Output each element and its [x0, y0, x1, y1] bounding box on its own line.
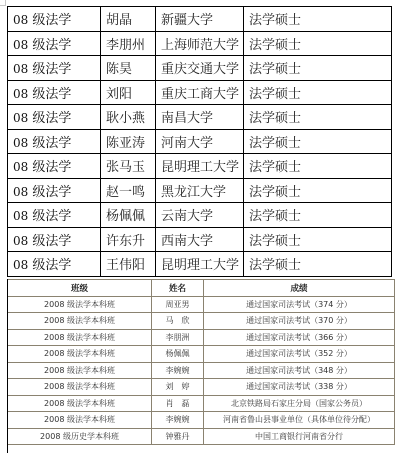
class-major: 级法学: [32, 87, 71, 102]
student-name-cell: 陈昊: [101, 56, 156, 81]
class-cell: 08 级法学: [8, 80, 101, 105]
school-cell: 南昌大学: [156, 105, 244, 130]
table-row: 2008 级法学本科班李朋洲通过国家司法考试（366 分）: [8, 329, 395, 346]
class-year: 08: [13, 209, 28, 223]
result-cell: 通过国家司法考试（374 分）: [204, 296, 395, 313]
class-major: 级法学: [32, 136, 71, 151]
degree-cell: 法学硕士: [244, 31, 392, 56]
table-row: 2008 级法学本科班李婉婉通过国家司法考试（348 分）: [8, 362, 395, 379]
student-name-cell: 刘 婷: [152, 379, 204, 396]
class-cell: 2008 级法学本科班: [8, 296, 152, 313]
student-name-cell: 李朋州: [101, 31, 156, 56]
table-row: 08 级法学胡晶新疆大学法学硕士: [8, 7, 392, 32]
table-row: 08 级法学陈亚涛河南大学法学硕士: [8, 129, 392, 154]
result-cell: 通过国家司法考试（352 分）: [204, 346, 395, 363]
exam-results-table: 班级 姓名 成绩 2008 级法学本科班周亚男通过国家司法考试（374 分）20…: [7, 279, 395, 445]
student-name-cell: 李婉婉: [152, 362, 204, 379]
table-row: 2008 级历史学本科班钟雅丹中国工商银行河南省分行: [8, 428, 395, 445]
table-row: 2008 级法学本科班李婉婉河南省鲁山县事业单位（具体单位待分配）: [8, 412, 395, 429]
student-name-cell: 王伟阳: [101, 252, 156, 277]
class-cell: 2008 级法学本科班: [8, 412, 152, 429]
table-row: 08 级法学杨佩佩云南大学法学硕士: [8, 203, 392, 228]
student-name-cell: 钟雅丹: [152, 428, 204, 445]
class-major: 级法学: [32, 258, 71, 273]
class-major: 级法学: [32, 209, 71, 224]
table-row: 2008 级法学本科班肖 磊北京铁路局石家庄分局（国家公务员）: [8, 395, 395, 412]
class-year: 08: [13, 111, 28, 125]
corner-crop-mark: [0, 0, 6, 6]
class-year: 08: [13, 13, 28, 27]
degree-cell: 法学硕士: [244, 129, 392, 154]
class-year: 08: [13, 62, 28, 76]
class-year: 08: [13, 160, 28, 174]
class-cell: 2008 级历史学本科班: [8, 428, 152, 445]
school-cell: 河南大学: [156, 129, 244, 154]
result-cell: 北京铁路局石家庄分局（国家公务员）: [204, 395, 395, 412]
student-name-cell: 肖 磊: [152, 395, 204, 412]
student-name-cell: 杨佩佩: [101, 203, 156, 228]
school-cell: 重庆交通大学: [156, 56, 244, 81]
class-major: 级法学: [32, 62, 71, 77]
header-result: 成绩: [204, 280, 395, 297]
class-cell: 08 级法学: [8, 105, 101, 130]
class-cell: 2008 级法学本科班: [8, 329, 152, 346]
degree-cell: 法学硕士: [244, 227, 392, 252]
student-name-cell: 李婉婉: [152, 412, 204, 429]
student-name-cell: 李朋洲: [152, 329, 204, 346]
table-row: 2008 级法学本科班马 欣通过国家司法考试（370 分）: [8, 313, 395, 330]
result-cell: 中国工商银行河南省分行: [204, 428, 395, 445]
student-name-cell: 胡晶: [101, 7, 156, 32]
student-name-cell: 张马玉: [101, 154, 156, 179]
table-row: 08 级法学王伟阳昆明理工大学法学硕士: [8, 252, 392, 277]
table-row: 2008 级法学本科班刘 婷通过国家司法考试（338 分）: [8, 379, 395, 396]
table-row: 08 级法学陈昊重庆交通大学法学硕士: [8, 56, 392, 81]
table-row: 2008 级法学本科班周亚男通过国家司法考试（374 分）: [8, 296, 395, 313]
header-name: 姓名: [152, 280, 204, 297]
degree-cell: 法学硕士: [244, 105, 392, 130]
header-class: 班级: [8, 280, 152, 297]
table-row: 08 级法学赵一鸣黑龙江大学法学硕士: [8, 178, 392, 203]
school-cell: 重庆工商大学: [156, 80, 244, 105]
class-cell: 08 级法学: [8, 129, 101, 154]
school-cell: 新疆大学: [156, 7, 244, 32]
class-cell: 08 级法学: [8, 7, 101, 32]
result-cell: 河南省鲁山县事业单位（具体单位待分配）: [204, 412, 395, 429]
school-cell: 上海师范大学: [156, 31, 244, 56]
class-cell: 08 级法学: [8, 203, 101, 228]
school-cell: 黑龙江大学: [156, 178, 244, 203]
student-name-cell: 杨佩佩: [152, 346, 204, 363]
student-name-cell: 马 欣: [152, 313, 204, 330]
result-cell: 通过国家司法考试（370 分）: [204, 313, 395, 330]
result-cell: 通过国家司法考试（366 分）: [204, 329, 395, 346]
class-major: 级法学: [32, 38, 71, 53]
result-cell: 通过国家司法考试（338 分）: [204, 379, 395, 396]
class-cell: 08 级法学: [8, 178, 101, 203]
degree-cell: 法学硕士: [244, 56, 392, 81]
degree-cell: 法学硕士: [244, 154, 392, 179]
table-row: 08 级法学刘阳重庆工商大学法学硕士: [8, 80, 392, 105]
class-year: 08: [13, 87, 28, 101]
table-row: 08 级法学李朋州上海师范大学法学硕士: [8, 31, 392, 56]
class-cell: 08 级法学: [8, 154, 101, 179]
class-cell: 08 级法学: [8, 227, 101, 252]
table-row: 08 级法学耿小燕南昌大学法学硕士: [8, 105, 392, 130]
school-cell: 云南大学: [156, 203, 244, 228]
degree-cell: 法学硕士: [244, 7, 392, 32]
student-name-cell: 刘阳: [101, 80, 156, 105]
class-cell: 2008 级法学本科班: [8, 313, 152, 330]
class-cell: 2008 级法学本科班: [8, 379, 152, 396]
class-year: 08: [13, 185, 28, 199]
school-cell: 西南大学: [156, 227, 244, 252]
table-row: 08 级法学许东升西南大学法学硕士: [8, 227, 392, 252]
student-name-cell: 许东升: [101, 227, 156, 252]
class-year: 08: [13, 258, 28, 272]
school-cell: 昆明理工大学: [156, 154, 244, 179]
page-left-rule: [7, 279, 8, 453]
school-cell: 昆明理工大学: [156, 252, 244, 277]
class-cell: 2008 级法学本科班: [8, 346, 152, 363]
class-year: 08: [13, 234, 28, 248]
student-name-cell: 耿小燕: [101, 105, 156, 130]
class-cell: 08 级法学: [8, 252, 101, 277]
class-cell: 08 级法学: [8, 31, 101, 56]
degree-cell: 法学硕士: [244, 178, 392, 203]
degree-cell: 法学硕士: [244, 80, 392, 105]
class-cell: 08 级法学: [8, 56, 101, 81]
graduate-admission-table: 08 级法学胡晶新疆大学法学硕士08 级法学李朋州上海师范大学法学硕士08 级法…: [7, 6, 392, 277]
class-cell: 2008 级法学本科班: [8, 362, 152, 379]
class-cell: 2008 级法学本科班: [8, 395, 152, 412]
class-major: 级法学: [32, 234, 71, 249]
class-year: 08: [13, 38, 28, 52]
student-name-cell: 陈亚涛: [101, 129, 156, 154]
table-row: 2008 级法学本科班杨佩佩通过国家司法考试（352 分）: [8, 346, 395, 363]
class-major: 级法学: [32, 160, 71, 175]
class-major: 级法学: [32, 185, 71, 200]
student-name-cell: 赵一鸣: [101, 178, 156, 203]
class-major: 级法学: [32, 111, 71, 126]
table-row: 08 级法学张马玉昆明理工大学法学硕士: [8, 154, 392, 179]
class-year: 08: [13, 136, 28, 150]
student-name-cell: 周亚男: [152, 296, 204, 313]
header-row: 班级 姓名 成绩: [8, 280, 395, 297]
degree-cell: 法学硕士: [244, 203, 392, 228]
degree-cell: 法学硕士: [244, 252, 392, 277]
class-major: 级法学: [32, 13, 71, 28]
result-cell: 通过国家司法考试（348 分）: [204, 362, 395, 379]
